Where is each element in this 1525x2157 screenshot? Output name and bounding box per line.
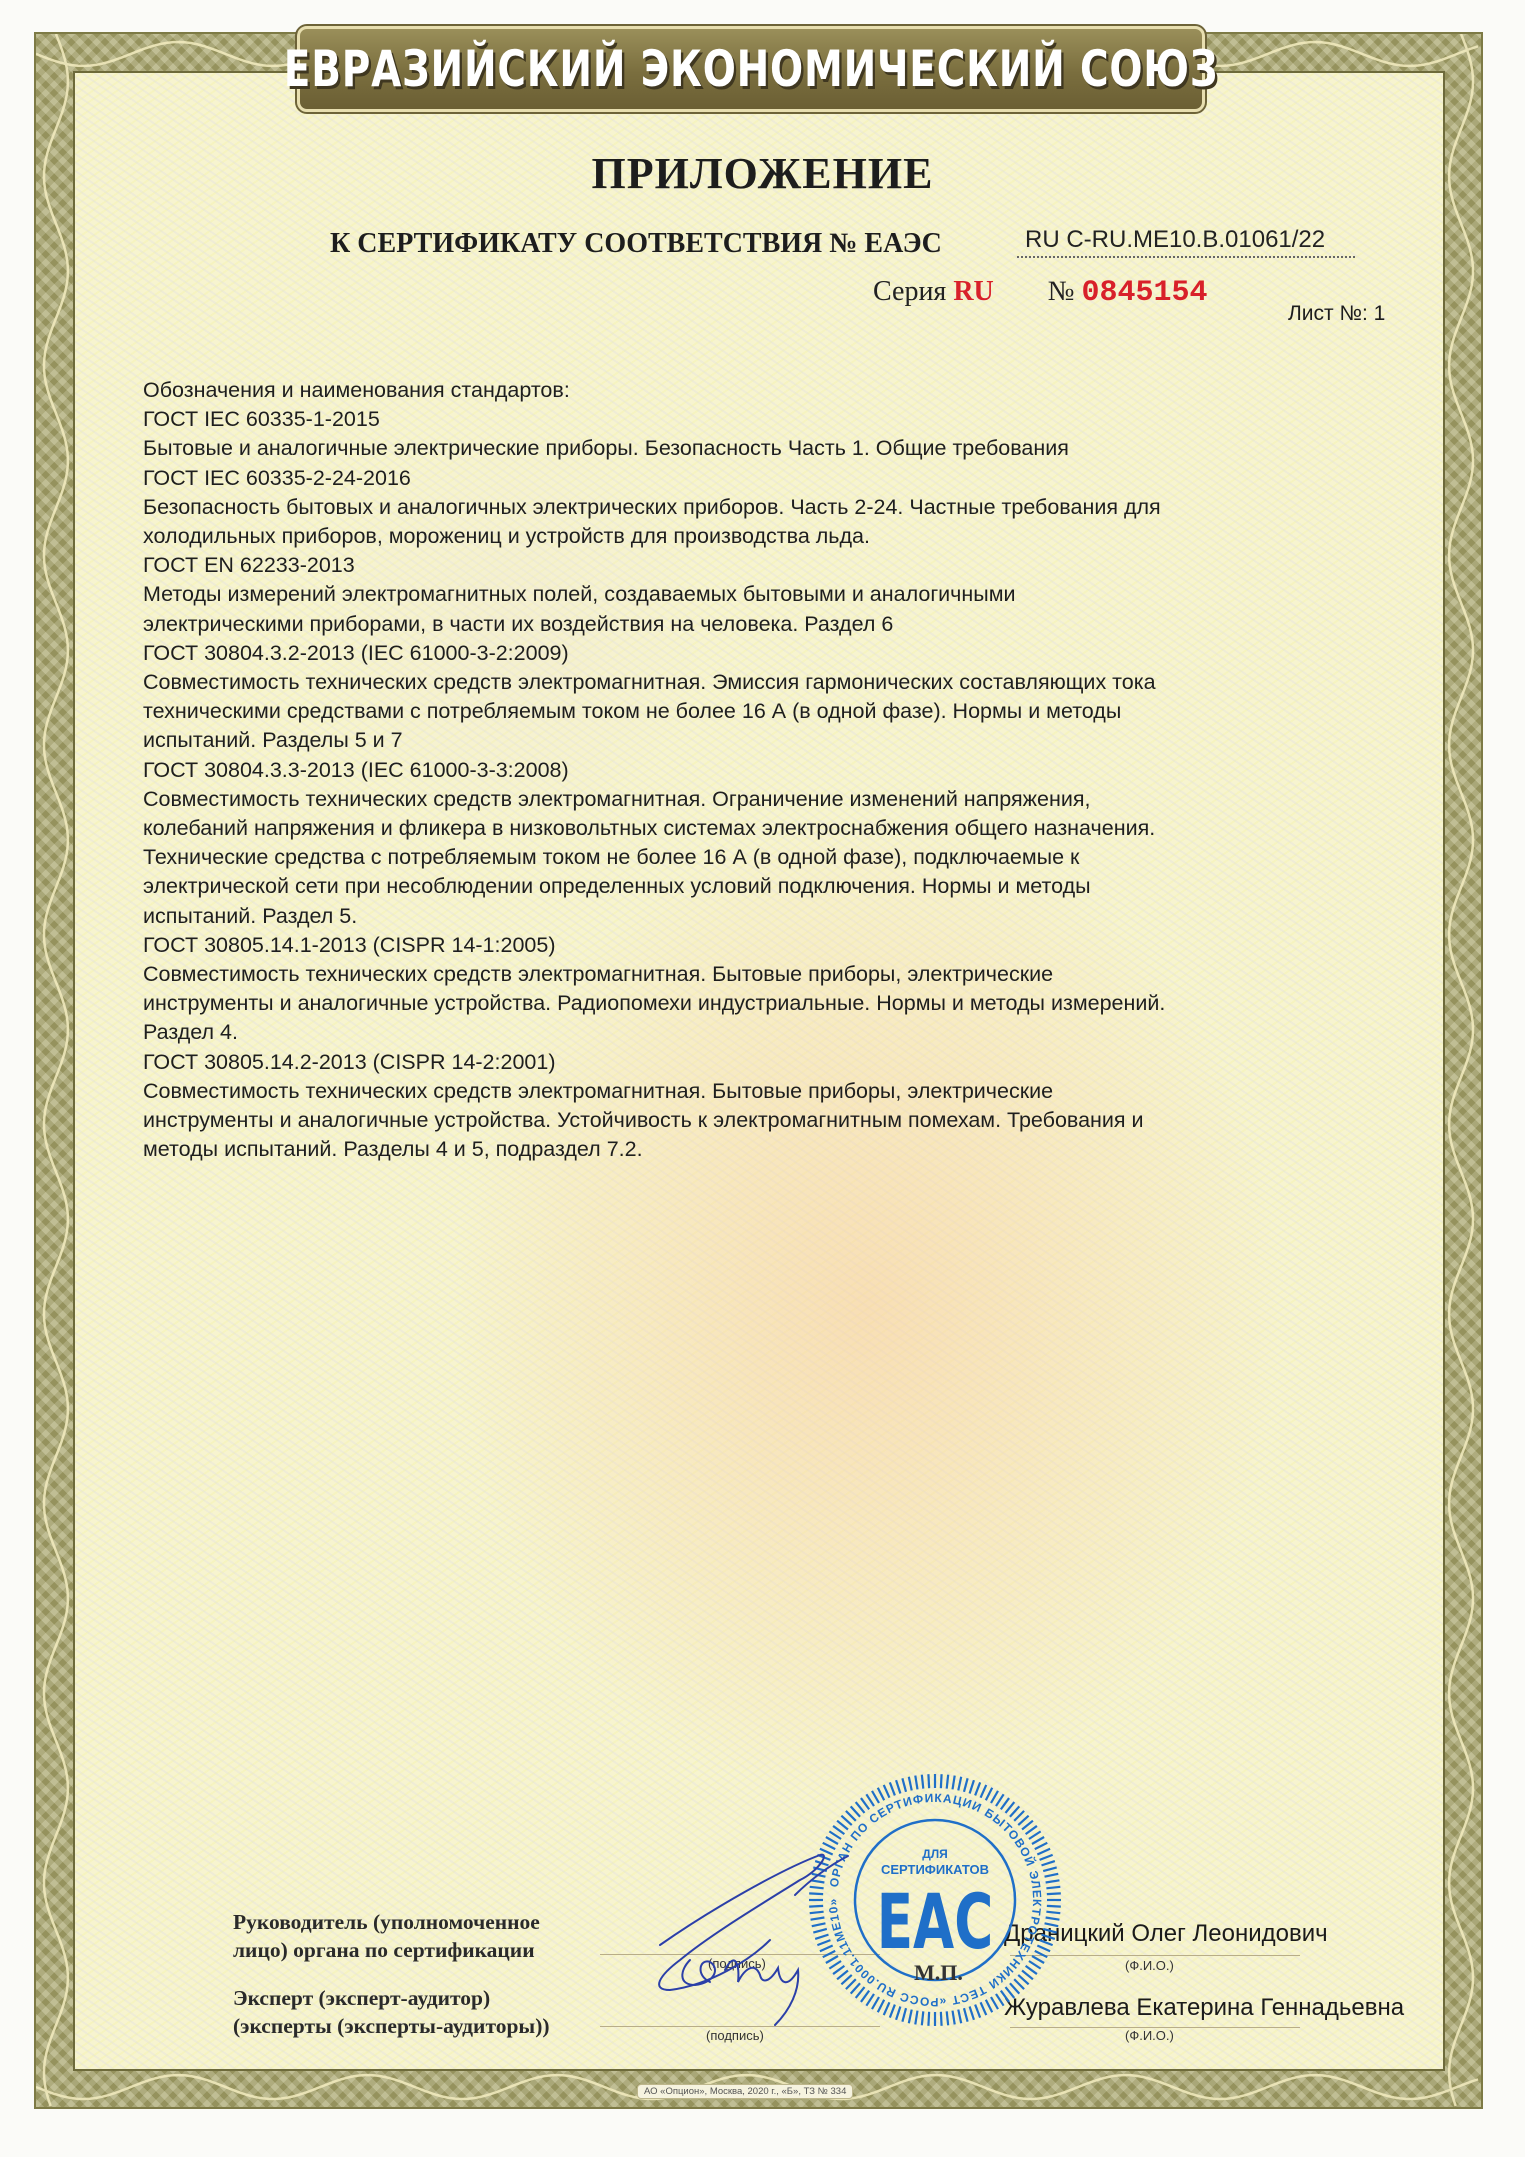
head-label: Руководитель (уполномоченное лицо) орган… [233,1908,540,1964]
sheet-label: Лист №: [1288,302,1368,325]
standard-code: ГОСТ IEC 60335-1-2015 [143,405,1393,434]
standard-description-line: инструменты и аналогичные устройства. Ус… [143,1106,1393,1135]
certificate-label: К СЕРТИФИКАТУ СООТВЕТСТВИЯ № ЕАЭС [330,228,942,260]
standards-list: Обозначения и наименования стандартов: Г… [143,376,1393,1164]
standard-description-line: техническими средствами с потребляемым т… [143,697,1393,726]
head-label-line1: Руководитель (уполномоченное [233,1908,540,1936]
series-line: Серия RU № 0845154 [873,276,1208,310]
series-value: RU [953,276,993,307]
standard-description-line: Совместимость технических средств электр… [143,668,1393,697]
certificate-number: RU C-RU.ME10.B.01061/22 [1017,226,1355,258]
expert-label: Эксперт (эксперт-аудитор) (эксперты (экс… [233,1984,550,2040]
standard-code: ГОСТ 30804.3.3-2013 (IEC 61000-3-3:2008) [143,756,1393,785]
standard-description-line: Совместимость технических средств электр… [143,785,1393,814]
expert-label-line1: Эксперт (эксперт-аудитор) [233,1984,550,2012]
union-banner: ЕВРАЗИЙСКИЙ ЭКОНОМИЧЕСКИЙ СОЮЗ [297,26,1205,112]
expert-name-caption: (Ф.И.О.) [1125,2028,1174,2043]
sheet-value: 1 [1374,302,1386,325]
standard-description-line: Бытовые и аналогичные электрические приб… [143,434,1393,463]
standard-description-line: колебаний напряжения и фликера в низково… [143,814,1393,843]
standard-code: ГОСТ 30805.14.1-2013 (CISPR 14-1:2005) [143,931,1393,960]
standard-description-line: Безопасность бытовых и аналогичных элект… [143,493,1393,522]
sheet-number: Лист №: 1 [1288,302,1385,326]
standard-description-line: испытаний. Разделы 5 и 7 [143,726,1393,755]
form-number-label: № [1048,276,1075,307]
standard-code: ГОСТ EN 62233-2013 [143,551,1393,580]
head-label-line2: лицо) органа по сертификации [233,1936,540,1964]
form-number-value: 0845154 [1081,276,1207,310]
standard-description-line: методы испытаний. Разделы 4 и 5, подразд… [143,1135,1393,1164]
handwritten-signature [620,1850,880,2040]
standard-description-line: электрической сети при несоблюдении опре… [143,872,1393,901]
printer-imprint: АО «Опцион», Москва, 2020 г., «Б», ТЗ № … [637,2084,853,2099]
standard-description-line: Раздел 4. [143,1018,1393,1047]
standard-description-line: электрическими приборами, в части их воз… [143,610,1393,639]
standard-description-line: Совместимость технических средств электр… [143,1077,1393,1106]
standard-description-line: Совместимость технических средств электр… [143,960,1393,989]
standard-code: ГОСТ 30805.14.2-2013 (CISPR 14-2:2001) [143,1048,1393,1077]
standard-description-line: Технические средства с потребляемым токо… [143,843,1393,872]
svg-text:СЕРТИФИКАТОВ: СЕРТИФИКАТОВ [881,1862,989,1877]
standard-description-line: испытаний. Раздел 5. [143,902,1393,931]
standard-description-line: Методы измерений электромагнитных полей,… [143,580,1393,609]
series-label: Серия [873,276,946,307]
seal-mark: М.П. [914,1960,963,1986]
standards-heading: Обозначения и наименования стандартов: [143,376,1393,405]
expert-label-line2: (эксперты (эксперты-аудиторы)) [233,2012,550,2040]
standard-code: ГОСТ IEC 60335-2-24-2016 [143,464,1393,493]
standard-code: ГОСТ 30804.3.2-2013 (IEC 61000-3-2:2009) [143,639,1393,668]
svg-text:ЕАС: ЕАС [877,1878,994,1966]
standard-description-line: инструменты и аналогичные устройства. Ра… [143,989,1393,1018]
head-name-caption: (Ф.И.О.) [1125,1958,1174,1973]
standard-description-line: холодильных приборов, морожениц и устрой… [143,522,1393,551]
union-banner-text: ЕВРАЗИЙСКИЙ ЭКОНОМИЧЕСКИЙ СОЮЗ [284,40,1219,98]
svg-text:ДЛЯ: ДЛЯ [922,1847,948,1861]
page-title: ПРИЛОЖЕНИЕ [0,148,1525,199]
